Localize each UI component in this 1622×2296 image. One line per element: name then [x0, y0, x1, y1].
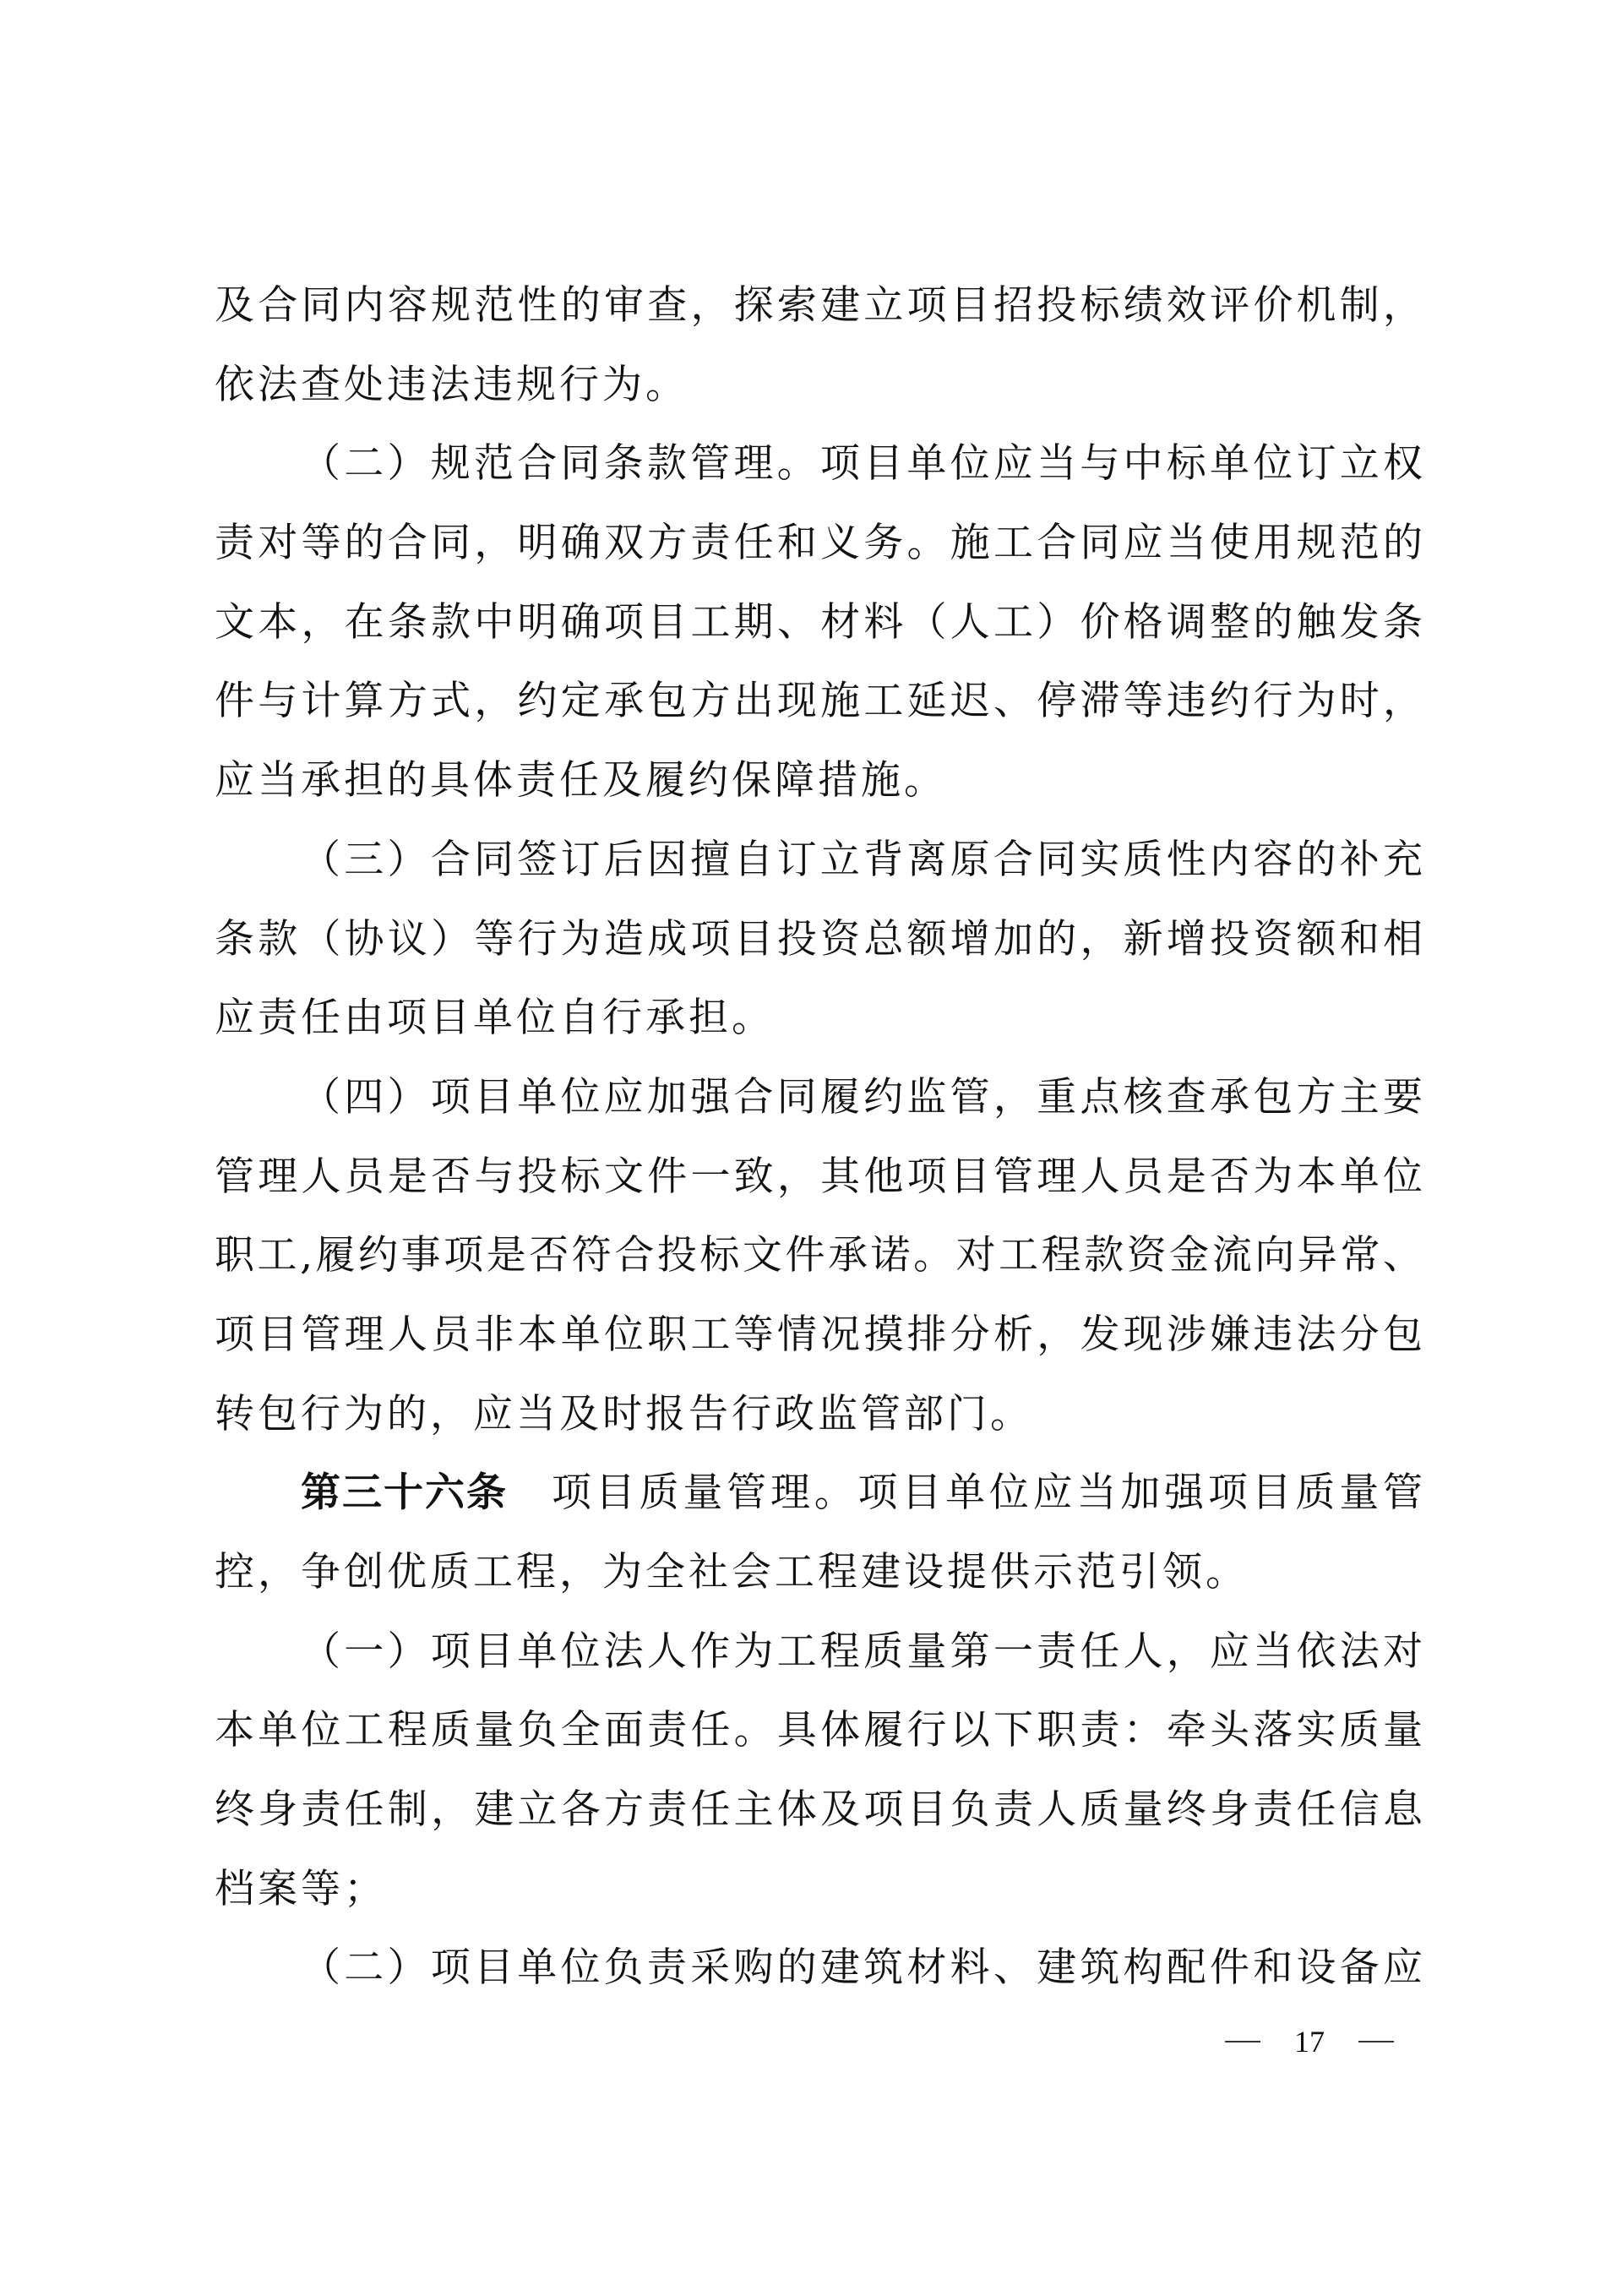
paragraph-start-line: （四）项目单位应加强合同履约监管，重点核查承包方主要 [215, 1058, 1424, 1137]
text-line: 件与计算方式，约定承包方出现施工延迟、停滞等违约行为时， [215, 662, 1424, 741]
text-line: 文本，在条款中明确项目工期、材料（人工）价格调整的触发条 [215, 583, 1424, 663]
text-line: 依法查处违法违规行为。 [215, 346, 1424, 425]
page-number-dash-right [1358, 2041, 1394, 2042]
paragraph-start-line: （一）项目单位法人作为工程质量第一责任人，应当依法对 [215, 1612, 1424, 1692]
text-line: 本单位工程质量负全面责任。具体履行以下职责：牵头落实质量 [215, 1691, 1424, 1770]
text-line: 应责任由项目单位自行承担。 [215, 979, 1424, 1058]
article-heading-line: 第三十六条 项目质量管理。项目单位应当加强项目质量管 [215, 1453, 1424, 1533]
page-number: 17 [1225, 2025, 1394, 2059]
text-line: 终身责任制，建立各方责任主体及项目负责人质量终身责任信息 [215, 1770, 1424, 1850]
text-line: 项目管理人员非本单位职工等情况摸排分析，发现涉嫌违法分包 [215, 1295, 1424, 1375]
text-line: 条款（协议）等行为造成项目投资总额增加的，新增投资额和相 [215, 900, 1424, 979]
document-body: 及合同内容规范性的审查，探索建立项目招投标绩效评价机制， 依法查处违法违规行为。… [215, 266, 1424, 2008]
paragraph-start-line: （二）规范合同条款管理。项目单位应当与中标单位订立权 [215, 424, 1424, 504]
paragraph-start-line: （三）合同签订后因擅自订立背离原合同实质性内容的补充 [215, 821, 1424, 900]
page-number-dash-left [1225, 2041, 1260, 2042]
page-number-value: 17 [1294, 2024, 1325, 2059]
document-page: 及合同内容规范性的审查，探索建立项目招投标绩效评价机制， 依法查处违法违规行为。… [0, 0, 1622, 2296]
paragraph-start-line: （二）项目单位负责采购的建筑材料、建筑构配件和设备应 [215, 1928, 1424, 2008]
article-number: 第三十六条 [301, 1453, 508, 1533]
text-line: 转包行为的，应当及时报告行政监管部门。 [215, 1375, 1424, 1454]
text-line: 责对等的合同，明确双方责任和义务。施工合同应当使用规范的 [215, 504, 1424, 583]
text-line: 管理人员是否与投标文件一致，其他项目管理人员是否为本单位 [215, 1137, 1424, 1217]
text-line: 应当承担的具体责任及履约保障措施。 [215, 741, 1424, 821]
text-line: 职工,履约事项是否符合投标文件承诺。对工程款资金流向异常、 [215, 1216, 1424, 1295]
text-line: 及合同内容规范性的审查，探索建立项目招投标绩效评价机制， [215, 266, 1424, 346]
text-line: 控，争创优质工程，为全社会工程建设提供示范引领。 [215, 1533, 1424, 1612]
article-text: 项目质量管理。项目单位应当加强项目质量管 [552, 1453, 1424, 1533]
text-line: 档案等； [215, 1850, 1424, 1929]
